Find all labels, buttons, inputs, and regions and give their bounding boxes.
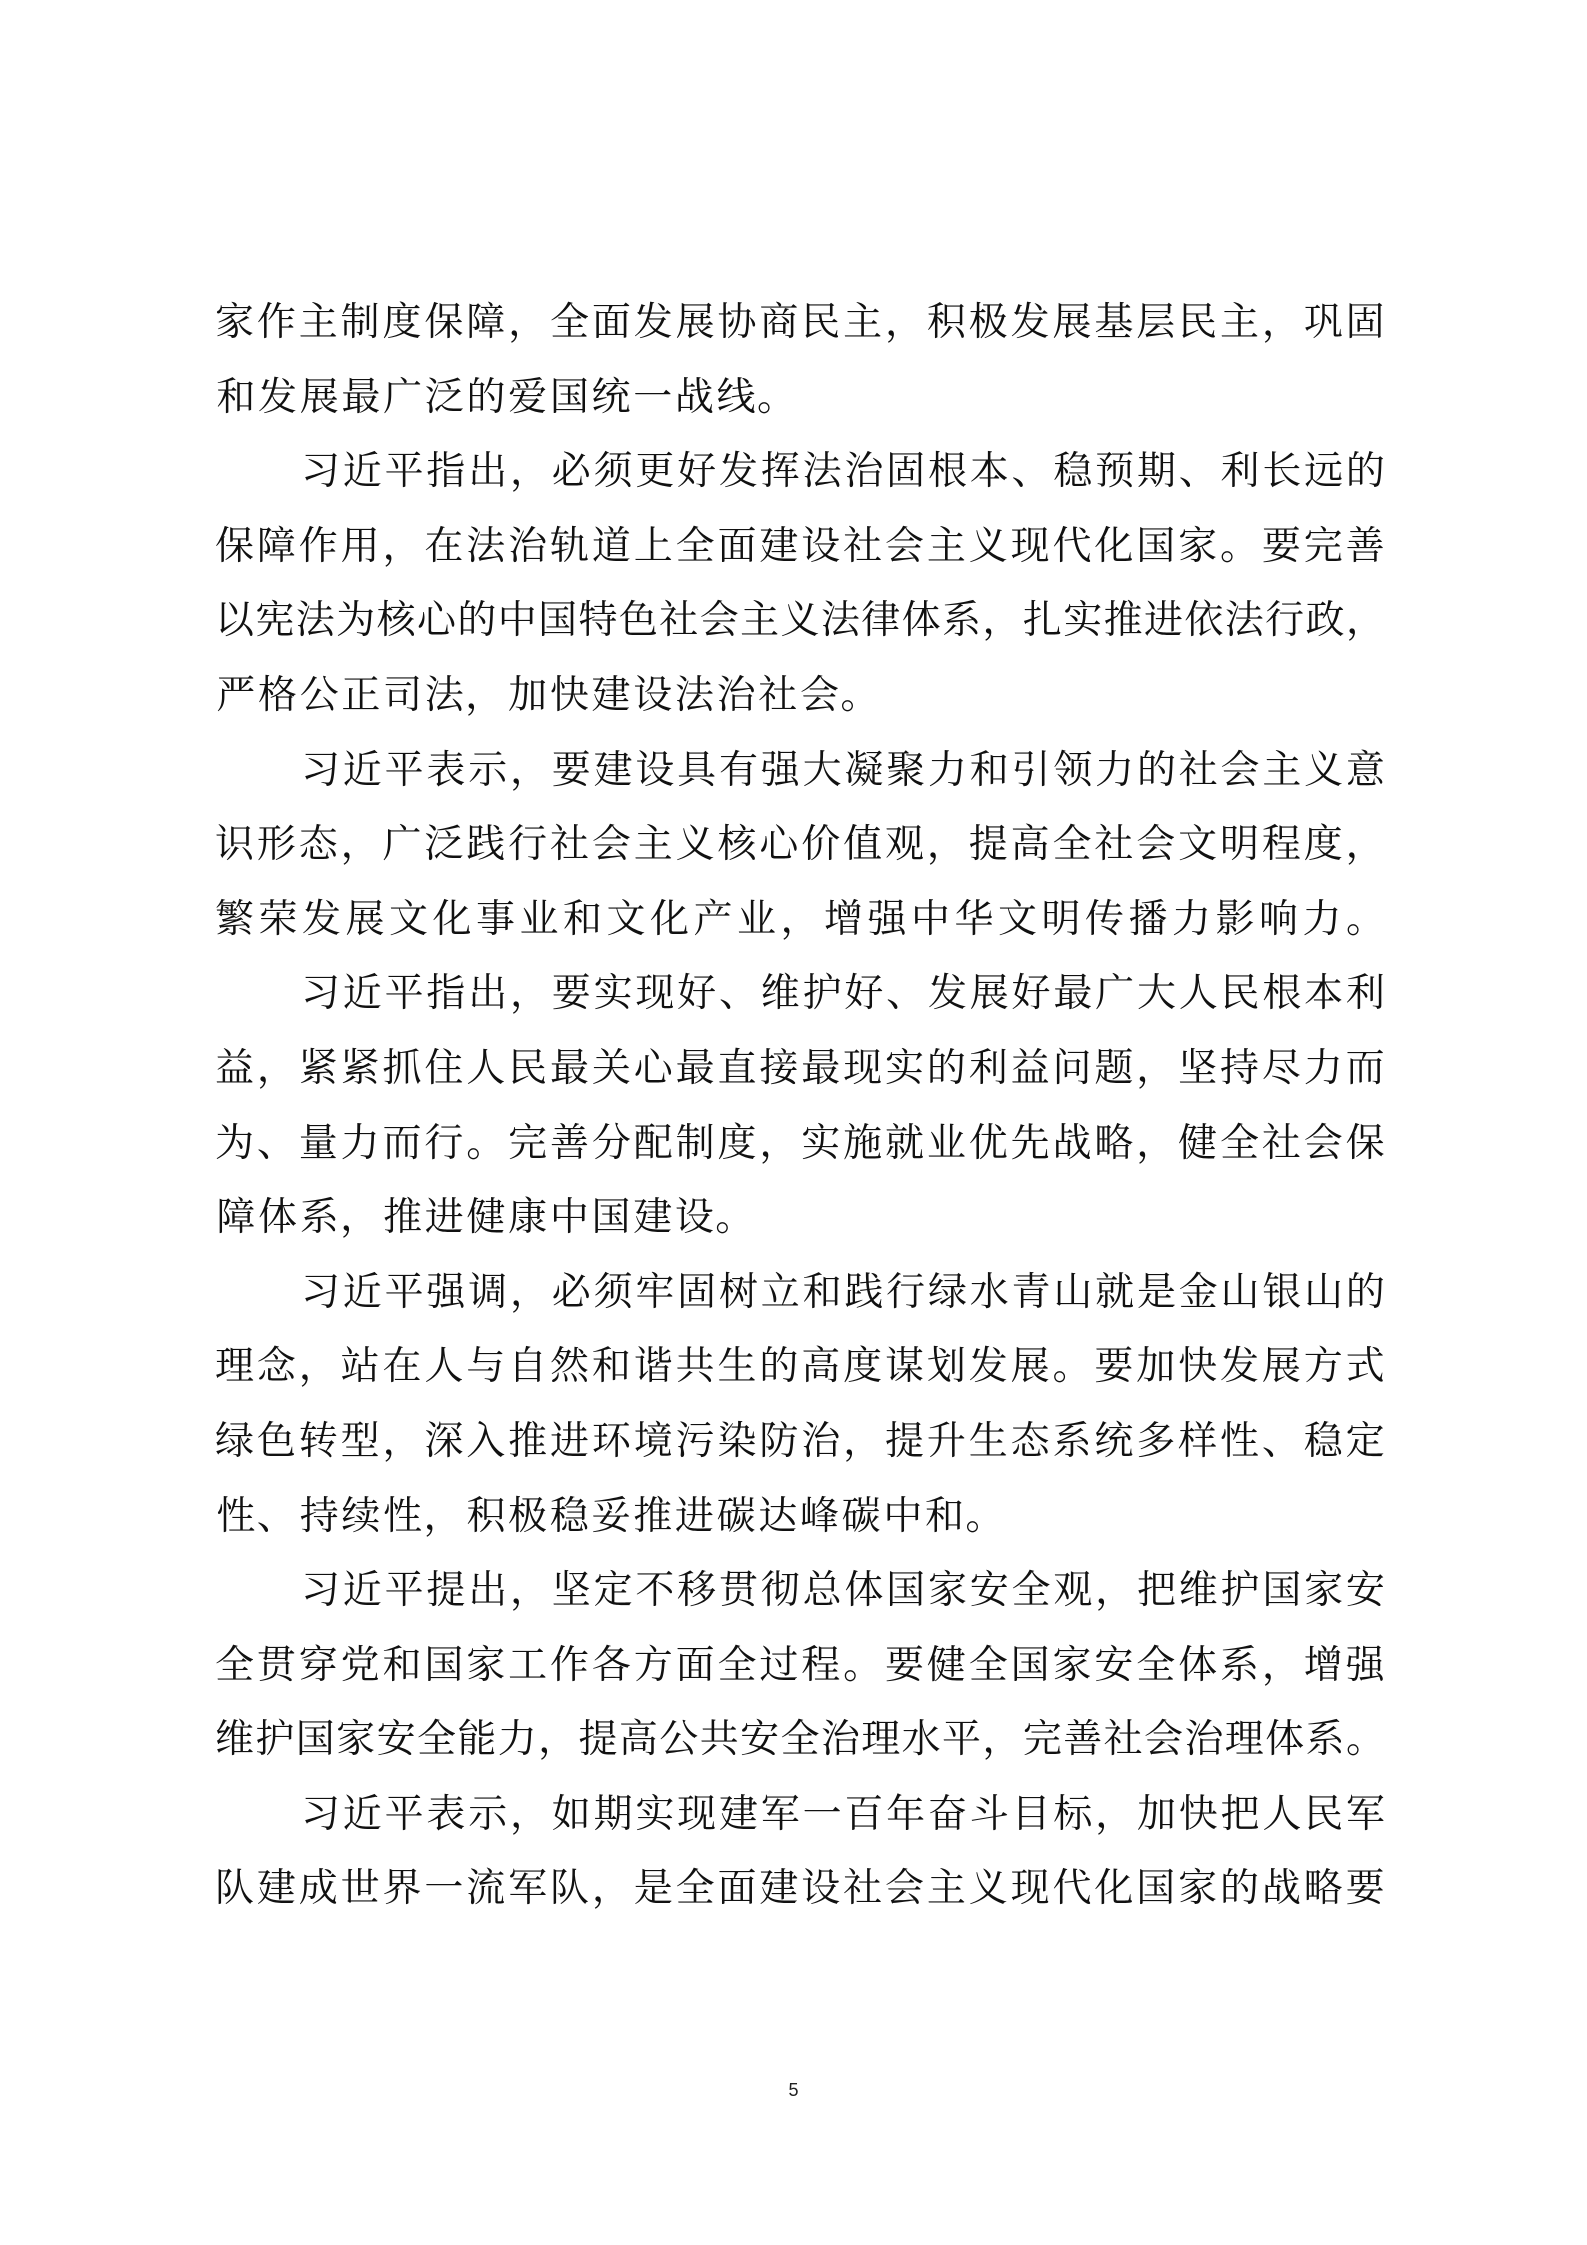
paragraph: 习近平强调，必须牢固树立和践行绿水青山就是金山银山的理念，站在人与自然和谐共生的… bbox=[215, 1256, 1385, 1554]
text-line: 以宪法为核心的中国特色社会主义法律体系，扎实推进依法行政， bbox=[215, 584, 1385, 659]
paragraph: 家作主制度保障，全面发展协商民主，积极发展基层民主，巩固和发展最广泛的爱国统一战… bbox=[215, 286, 1385, 435]
text-line: 习近平指出，要实现好、维护好、发展好最广大人民根本利 bbox=[215, 957, 1385, 1032]
text-line: 保障作用，在法治轨道上全面建设社会主义现代化国家。要完善 bbox=[215, 510, 1385, 585]
text-line: 家作主制度保障，全面发展协商民主，积极发展基层民主，巩固 bbox=[215, 286, 1385, 361]
paragraph: 习近平表示，如期实现建军一百年奋斗目标，加快把人民军队建成世界一流军队，是全面建… bbox=[215, 1778, 1385, 1927]
paragraph: 习近平表示，要建设具有强大凝聚力和引领力的社会主义意识形态，广泛践行社会主义核心… bbox=[215, 734, 1385, 958]
text-line: 性、持续性，积极稳妥推进碳达峰碳中和。 bbox=[215, 1480, 1385, 1555]
text-line: 繁荣发展文化事业和文化产业，增强中华文明传播力影响力。 bbox=[215, 883, 1385, 958]
text-line: 为、量力而行。完善分配制度，实施就业优先战略，健全社会保 bbox=[215, 1107, 1385, 1182]
text-line: 理念，站在人与自然和谐共生的高度谋划发展。要加快发展方式 bbox=[215, 1330, 1385, 1405]
text-line: 和发展最广泛的爱国统一战线。 bbox=[215, 361, 1385, 436]
text-line: 全贯穿党和国家工作各方面全过程。要健全国家安全体系，增强 bbox=[215, 1629, 1385, 1704]
paragraph: 习近平提出，坚定不移贯彻总体国家安全观，把维护国家安全贯穿党和国家工作各方面全过… bbox=[215, 1554, 1385, 1778]
text-line: 维护国家安全能力，提高公共安全治理水平，完善社会治理体系。 bbox=[215, 1703, 1385, 1778]
page-number: 5 bbox=[0, 2080, 1587, 2101]
text-line: 益，紧紧抓住人民最关心最直接最现实的利益问题，坚持尽力而 bbox=[215, 1032, 1385, 1107]
text-line: 队建成世界一流军队，是全面建设社会主义现代化国家的战略要 bbox=[215, 1852, 1385, 1927]
paragraph: 习近平指出，必须更好发挥法治固根本、稳预期、利长远的保障作用，在法治轨道上全面建… bbox=[215, 435, 1385, 733]
text-line: 习近平强调，必须牢固树立和践行绿水青山就是金山银山的 bbox=[215, 1256, 1385, 1331]
text-line: 习近平指出，必须更好发挥法治固根本、稳预期、利长远的 bbox=[215, 435, 1385, 510]
text-line: 障体系，推进健康中国建设。 bbox=[215, 1181, 1385, 1256]
document-page: 家作主制度保障，全面发展协商民主，积极发展基层民主，巩固和发展最广泛的爱国统一战… bbox=[0, 0, 1587, 2245]
text-line: 严格公正司法，加快建设法治社会。 bbox=[215, 659, 1385, 734]
text-line: 绿色转型，深入推进环境污染防治，提升生态系统多样性、稳定 bbox=[215, 1405, 1385, 1480]
body-text: 家作主制度保障，全面发展协商民主，积极发展基层民主，巩固和发展最广泛的爱国统一战… bbox=[215, 286, 1385, 1927]
text-line: 习近平表示，如期实现建军一百年奋斗目标，加快把人民军 bbox=[215, 1778, 1385, 1853]
paragraph: 习近平指出，要实现好、维护好、发展好最广大人民根本利益，紧紧抓住人民最关心最直接… bbox=[215, 957, 1385, 1255]
text-line: 习近平提出，坚定不移贯彻总体国家安全观，把维护国家安 bbox=[215, 1554, 1385, 1629]
text-line: 习近平表示，要建设具有强大凝聚力和引领力的社会主义意 bbox=[215, 734, 1385, 809]
text-line: 识形态，广泛践行社会主义核心价值观，提高全社会文明程度， bbox=[215, 808, 1385, 883]
